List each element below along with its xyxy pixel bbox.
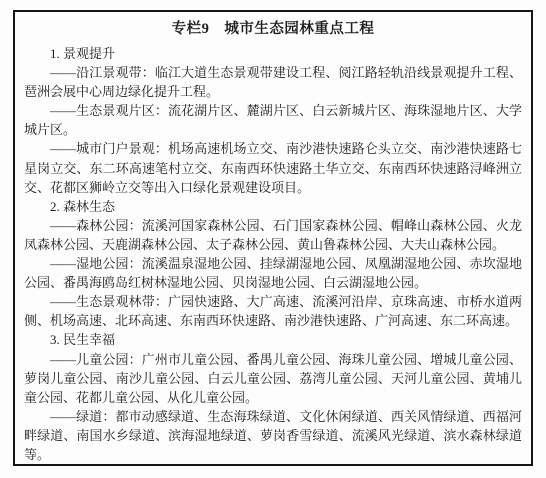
- paragraph-city-gateway-landscape: ——城市门户景观：机场高速机场立交、南沙港快速路仑头立交、南沙港快速路七星岗立交…: [24, 139, 522, 196]
- paragraph-characteristic-towns: ——特色小镇：从化、增城、花都30个市级特色小镇试点项目。: [24, 464, 522, 466]
- paragraph-ecological-landscape-districts: ——生态景观片区：流花湖片区、麓湖片区、白云新城片区、海珠湿地片区、大学城片区。: [24, 101, 522, 139]
- document-page: 专栏9 城市生态园林重点工程 1. 景观提升 ——沿江景观带：临江大道生态景观带…: [0, 0, 546, 478]
- section-heading-landscape-upgrade: 1. 景观提升: [24, 44, 522, 63]
- paragraph-wetland-parks: ——湿地公园：流溪温泉湿地公园、挂绿湖湿地公园、凤凰湖湿地公园、赤坎湿地公园、番…: [24, 254, 522, 292]
- paragraph-greenways: ——绿道：都市动感绿道、生态海珠绿道、文化休闲绿道、西关风情绿道、西福河畔绿道、…: [24, 407, 522, 464]
- paragraph-children-parks: ——儿童公园：广州市儿童公园、番禺儿童公园、海珠儿童公园、增城儿童公园、萝岗儿童…: [24, 350, 522, 407]
- panel-title: 专栏9 城市生态园林重点工程: [24, 19, 522, 40]
- section-heading-forest-ecology: 2. 森林生态: [24, 197, 522, 216]
- section-heading-livelihood-happiness: 3. 民生幸福: [24, 330, 522, 349]
- feature-column-box: 专栏9 城市生态园林重点工程 1. 景观提升 ——沿江景观带：临江大道生态景观带…: [13, 10, 533, 466]
- paragraph-riverside-landscape-belt: ——沿江景观带：临江大道生态景观带建设工程、阅江路轻轨沿线景观提升工程、琶洲会展…: [24, 63, 522, 101]
- paragraph-ecological-forest-belts: ——生态景观林带：广园快速路、大广高速、流溪河沿岸、京珠高速、市桥水道两侧、机场…: [24, 292, 522, 330]
- paragraph-forest-parks: ——森林公园：流溪河国家森林公园、石门国家森林公园、帽峰山森林公园、火龙凤森林公…: [24, 216, 522, 254]
